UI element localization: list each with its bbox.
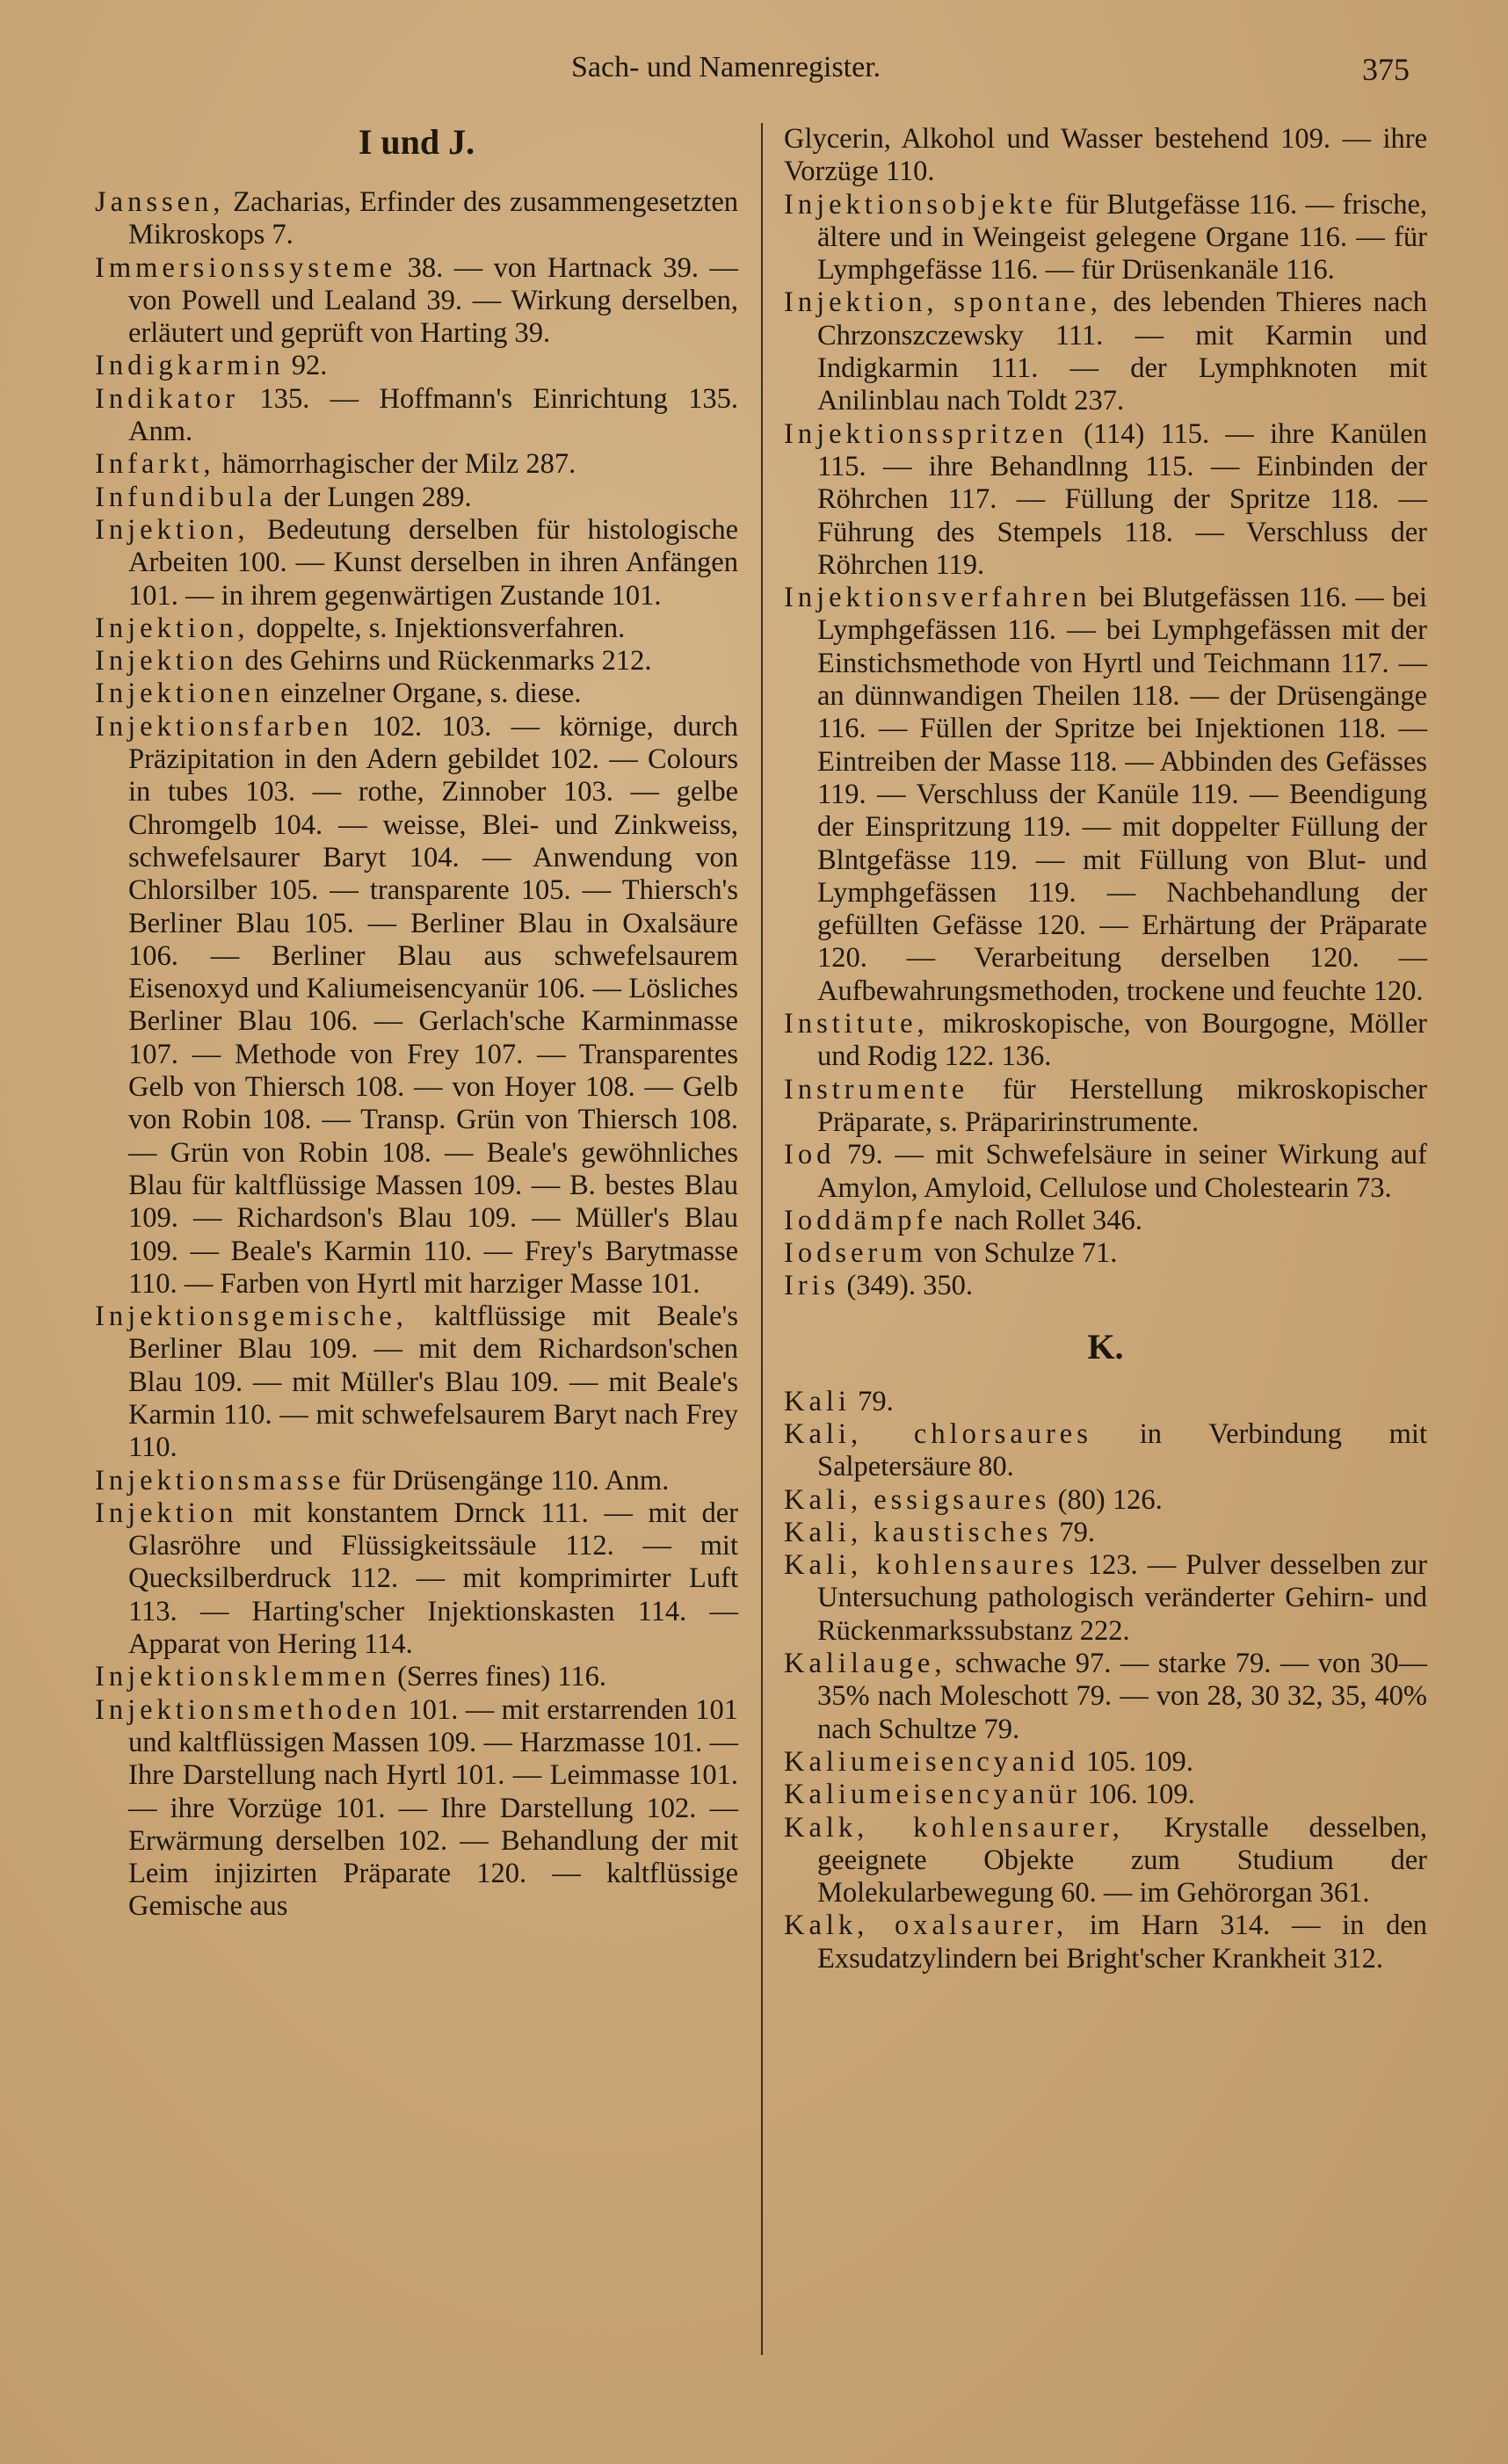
entry-headword: Injektionsklemmen	[95, 1661, 390, 1692]
column-divider	[761, 123, 763, 2355]
index-entry: Injektionsmethoden 101. — mit erstarrend…	[95, 1694, 738, 1924]
index-entry: Kali, kohlensaures 123. — Pulver desselb…	[784, 1549, 1427, 1648]
entry-headword: Infarkt,	[95, 448, 215, 480]
index-entry: Kalk, kohlensaurer, Krystalle desselben,…	[784, 1812, 1427, 1910]
entry-headword: Ioddämpfe	[784, 1205, 947, 1236]
entry-headword: Instrumente	[784, 1074, 968, 1105]
continuation-text: Glycerin, Alkohol und Wasser bestehend 1…	[784, 123, 1427, 189]
index-entry: Injektionsklemmen (Serres fines) 116.	[95, 1661, 738, 1693]
entry-headword: Injektionsverfahren	[784, 582, 1091, 613]
entry-headword: Immersionssysteme	[95, 252, 396, 284]
index-entries-right-i: Injektionsobjekte für Blutgefässe 116. —…	[784, 189, 1427, 1303]
entry-headword: Injektion	[95, 645, 237, 677]
left-column: I und J. Janssen, Zacharias, Erfinder de…	[95, 123, 738, 1924]
entry-text: doppelte, s. Injektionsverfahren.	[249, 612, 625, 644]
index-entry: Injektionsfarben 102. 103. — körnige, du…	[95, 711, 738, 1301]
index-entry: Injektion, doppelte, s. Injektionsverfah…	[95, 612, 738, 645]
index-entry: Ioddämpfe nach Rollet 346.	[784, 1205, 1427, 1237]
entry-headword: Indikator	[95, 383, 239, 415]
entry-text: 101. — mit erstarrenden 101 und kaltflüs…	[128, 1694, 738, 1923]
entry-headword: Injektionsobjekte	[784, 189, 1057, 221]
entry-headword: Janssen,	[95, 186, 224, 218]
entry-headword: Iodserum	[784, 1237, 927, 1269]
entry-headword: Injektion, spontane,	[784, 286, 1102, 318]
entry-headword: Kali, essigsaures	[784, 1484, 1050, 1516]
entry-text: (Serres fines) 116.	[390, 1661, 606, 1692]
running-title: Sach- und Namenregister.	[571, 51, 881, 84]
index-entry: Injektion des Gehirns und Rückenmarks 21…	[95, 645, 738, 678]
entry-headword: Kalilauge,	[784, 1648, 946, 1679]
section-heading-k: K.	[784, 1328, 1427, 1366]
index-entry: Kaliumeisencyanid 105. 109.	[784, 1746, 1427, 1779]
index-entry: Injektionsverfahren bei Blutgefässen 116…	[784, 582, 1427, 1008]
entry-headword: Injektionsgemische,	[95, 1301, 408, 1332]
entry-headword: Iris	[784, 1270, 839, 1301]
entry-text: hämorrhagischer der Milz 287.	[215, 448, 576, 480]
entry-text: (80) 126.	[1050, 1484, 1162, 1516]
entry-text: bei Blutgefässen 116. — bei Lymphgefässe…	[817, 582, 1427, 1007]
entry-text: 79.	[851, 1386, 894, 1417]
index-entry: Kali, kaustisches 79.	[784, 1517, 1427, 1549]
index-entry: Injektionsmasse für Drüsengänge 110. Anm…	[95, 1465, 738, 1497]
entry-headword: Kaliumeisencyanür	[784, 1779, 1081, 1810]
entry-headword: Iod	[784, 1139, 835, 1170]
entry-headword: Kalk, oxalsaurer,	[784, 1910, 1068, 1941]
index-entry: Kali, chlorsaures in Verbindung mit Salp…	[784, 1418, 1427, 1484]
entry-text: 79.	[1052, 1517, 1095, 1548]
entry-text: einzelner Organe, s. diese.	[273, 678, 581, 709]
entry-text: (349). 350.	[839, 1270, 973, 1301]
index-entry: Kalk, oxalsaurer, im Harn 314. — in den …	[784, 1910, 1427, 1975]
entry-headword: Institute,	[784, 1008, 929, 1040]
index-entries-left: Janssen, Zacharias, Erfinder des zusamme…	[95, 186, 738, 1924]
index-entry: Janssen, Zacharias, Erfinder des zusamme…	[95, 186, 738, 252]
entry-text: 105. 109.	[1079, 1746, 1193, 1778]
index-entry: Injektion, Bedeutung derselben für histo…	[95, 514, 738, 612]
section-heading-i-j: I und J.	[95, 123, 738, 162]
index-entry: Indigkarmin 92.	[95, 350, 738, 382]
entry-headword: Injektion,	[95, 612, 249, 644]
index-entry: Injektionsspritzen (114) 115. — ihre Kan…	[784, 418, 1427, 582]
entry-text: von Schulze 71.	[927, 1237, 1118, 1269]
index-entry: Injektion, spontane, des lebenden Thiere…	[784, 286, 1427, 417]
index-entry: Infundibula der Lungen 289.	[95, 482, 738, 514]
entry-headword: Kali, chlorsaures	[784, 1418, 1092, 1450]
entry-headword: Infundibula	[95, 482, 277, 513]
index-entries-right-k: Kali 79.Kali, chlorsaures in Verbindung …	[784, 1386, 1427, 1975]
index-entry: Institute, mikroskopische, von Bourgogne…	[784, 1008, 1427, 1074]
entry-text: 106. 109.	[1081, 1779, 1195, 1810]
entry-headword: Injektion	[95, 1497, 237, 1529]
entry-text: 102. 103. — körnige, durch Präzipitation…	[128, 711, 738, 1300]
entry-headword: Kalk, kohlensaurer,	[784, 1812, 1124, 1844]
entry-text: des Gehirns und Rückenmarks 212.	[237, 645, 651, 677]
page-number: 375	[1362, 51, 1410, 88]
entry-headword: Kali, kohlensaures	[784, 1549, 1078, 1581]
index-entry: Indikator 135. — Hoffmann's Einrichtung …	[95, 383, 738, 449]
index-entry: Kaliumeisencyanür 106. 109.	[784, 1779, 1427, 1811]
entry-headword: Kaliumeisencyanid	[784, 1746, 1079, 1778]
index-entry: Infarkt, hämorrhagischer der Milz 287.	[95, 448, 738, 481]
index-entry: Kali, essigsaures (80) 126.	[784, 1484, 1427, 1517]
entry-headword: Indigkarmin	[95, 350, 285, 381]
entry-text: nach Rollet 346.	[947, 1205, 1142, 1236]
index-entry: Kalilauge, schwache 97. — starke 79. — v…	[784, 1648, 1427, 1746]
entry-headword: Injektion,	[95, 514, 249, 546]
entry-headword: Injektionsmasse	[95, 1465, 344, 1497]
entry-headword: Injektionsmethoden	[95, 1694, 401, 1726]
index-entry: Iod 79. — mit Schwefelsäure in seiner Wi…	[784, 1139, 1427, 1205]
entry-headword: Injektionen	[95, 678, 273, 709]
index-entry: Iodserum von Schulze 71.	[784, 1237, 1427, 1270]
entry-text: für Drüsengänge 110. Anm.	[344, 1465, 669, 1497]
index-entry: Injektionsobjekte für Blutgefässe 116. —…	[784, 189, 1427, 287]
entry-headword: Kali, kaustisches	[784, 1517, 1052, 1548]
index-entry: Iris (349). 350.	[784, 1270, 1427, 1302]
index-entry: Injektionen einzelner Organe, s. diese.	[95, 678, 738, 710]
entry-text: 79. — mit Schwefelsäure in seiner Wirkun…	[817, 1139, 1427, 1203]
index-entry: Immersionssysteme 38. — von Hartnack 39.…	[95, 252, 738, 351]
index-entry: Injektion mit konstantem Drnck 111. — mi…	[95, 1497, 738, 1661]
index-entry: Instrumente für Herstellung mikroskopisc…	[784, 1074, 1427, 1140]
entry-headword: Injektionsspritzen	[784, 418, 1068, 450]
entry-text: 92.	[285, 350, 328, 381]
entry-text: der Lungen 289.	[277, 482, 472, 513]
right-column: Glycerin, Alkohol und Wasser bestehend 1…	[784, 123, 1427, 1975]
index-entry: Injektionsgemische, kaltflüssige mit Bea…	[95, 1301, 738, 1464]
index-entry: Kali 79.	[784, 1386, 1427, 1418]
page-header: Sach- und Namenregister. 375	[0, 51, 1508, 95]
entry-headword: Injektionsfarben	[95, 711, 352, 743]
entry-headword: Kali	[784, 1386, 851, 1417]
